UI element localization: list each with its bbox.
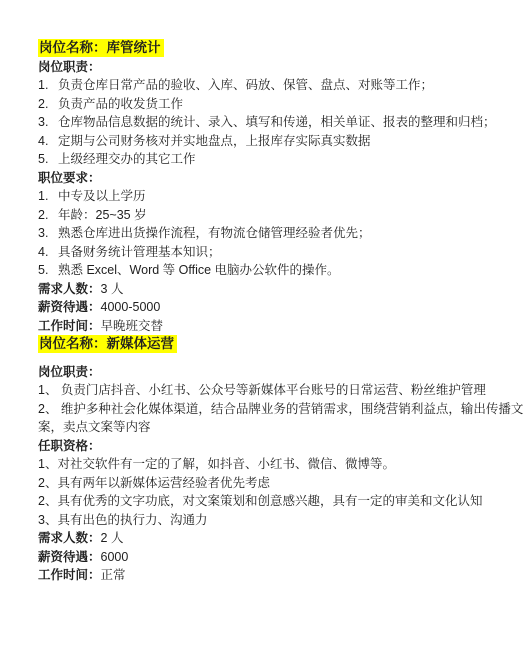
list-text: 熟悉仓库进出货操作流程，有物流仓储管理经验者优先； [58, 224, 497, 243]
job2-qualification-item: 2、具有优秀的文字功底，对文案策划和创意感兴趣，具有一定的审美和文化认知 [38, 492, 497, 511]
job1-hours-line: 工作时间：早晚班交替 [38, 317, 497, 336]
list-text: 年龄：25~35 岁 [58, 206, 497, 225]
list-text: 负责产品的收发货工作 [58, 95, 497, 114]
headcount-label: 需求人数： [38, 282, 101, 296]
list-number: 5. [38, 261, 58, 280]
job1-requirement-item: 3. 熟悉仓库进出货操作流程，有物流仓储管理经验者优先； [38, 224, 497, 243]
job1-duty-item: 4. 定期与公司财务核对并实地盘点，上报库存实际真实数据 [38, 132, 497, 151]
job1-requirement-item: 4. 具备财务统计管理基本知识； [38, 243, 497, 262]
list-number: 3. [38, 113, 58, 132]
list-number: 2. [38, 95, 58, 114]
list-number: 5. [38, 150, 58, 169]
hours-value: 正常 [101, 568, 126, 582]
job2-salary-line: 薪资待遇：6000 [38, 548, 497, 567]
hours-label: 工作时间： [38, 568, 101, 582]
list-number: 3. [38, 224, 58, 243]
job2-duty-line: 1、 负责门店抖音、小红书、公众号等新媒体平台账号的日常运营、粉丝维护管理 [38, 381, 497, 400]
job1-duty-item: 2. 负责产品的收发货工作 [38, 95, 497, 114]
job2-duty-line: 2、 维护多种社会化媒体渠道，结合品牌业务的营销需求，围绕营销利益点，输出传播文 [38, 400, 497, 419]
job2-hours-line: 工作时间：正常 [38, 566, 497, 585]
list-number: 1. [38, 76, 58, 95]
job-posting-1: 岗位名称：库管统计 岗位职责： 1. 负责仓库日常产品的验收、入库、码放、保管、… [38, 39, 497, 335]
job1-duty-item: 1. 负责仓库日常产品的验收、入库、码放、保管、盘点、对账等工作； [38, 76, 497, 95]
list-text: 负责仓库日常产品的验收、入库、码放、保管、盘点、对账等工作； [58, 76, 497, 95]
job2-duty-line: 案，卖点文案等内容 [38, 418, 497, 437]
list-text: 中专及以上学历 [58, 187, 497, 206]
list-text: 定期与公司财务核对并实地盘点，上报库存实际真实数据 [58, 132, 497, 151]
list-number: 4. [38, 132, 58, 151]
list-text: 具备财务统计管理基本知识； [58, 243, 497, 262]
document-page: 岗位名称：库管统计 岗位职责： 1. 负责仓库日常产品的验收、入库、码放、保管、… [0, 0, 527, 651]
job1-requirement-item: 2. 年龄：25~35 岁 [38, 206, 497, 225]
job1-duty-item: 5. 上级经理交办的其它工作 [38, 150, 497, 169]
list-text: 熟悉 Excel、Word 等 Office 电脑办公软件的操作。 [58, 261, 497, 280]
list-text: 仓库物品信息数据的统计、录入、填写和传递，相关单证、报表的整理和归档； [58, 113, 497, 132]
salary-value: 6000 [101, 550, 129, 564]
job2-qualification-item: 1、对社交软件有一定的了解，如抖音、小红书、微信、微博等。 [38, 455, 497, 474]
job2-qualifications-heading: 任职资格： [38, 437, 497, 456]
job1-requirement-item: 5. 熟悉 Excel、Word 等 Office 电脑办公软件的操作。 [38, 261, 497, 280]
job2-title-highlight: 岗位名称：新媒体运营 [38, 335, 177, 353]
job2-title-line: 岗位名称：新媒体运营 [38, 335, 497, 354]
job1-salary-line: 薪资待遇：4000-5000 [38, 298, 497, 317]
salary-label: 薪资待遇： [38, 300, 101, 314]
job2-duties-heading: 岗位职责： [38, 363, 497, 382]
job1-duty-item: 3. 仓库物品信息数据的统计、录入、填写和传递，相关单证、报表的整理和归档； [38, 113, 497, 132]
job1-requirement-item: 1. 中专及以上学历 [38, 187, 497, 206]
salary-value: 4000-5000 [101, 300, 161, 314]
job-posting-2: 岗位名称：新媒体运营 岗位职责： 1、 负责门店抖音、小红书、公众号等新媒体平台… [38, 335, 497, 585]
job2-qualification-item: 2、具有两年以新媒体运营经验者优先考虑 [38, 474, 497, 493]
job2-headcount-line: 需求人数：2 人 [38, 529, 497, 548]
list-number: 1. [38, 187, 58, 206]
job1-duties-heading: 岗位职责： [38, 58, 497, 77]
job1-title-line: 岗位名称：库管统计 [38, 39, 497, 58]
list-text: 上级经理交办的其它工作 [58, 150, 497, 169]
headcount-value: 3 人 [101, 282, 124, 296]
list-number: 2. [38, 206, 58, 225]
hours-value: 早晚班交替 [101, 319, 164, 333]
hours-label: 工作时间： [38, 319, 101, 333]
job1-title-highlight: 岗位名称：库管统计 [38, 39, 164, 57]
headcount-value: 2 人 [101, 531, 124, 545]
list-number: 4. [38, 243, 58, 262]
job1-headcount-line: 需求人数：3 人 [38, 280, 497, 299]
job2-qualification-item: 3、具有出色的执行力、沟通力 [38, 511, 497, 530]
headcount-label: 需求人数： [38, 531, 101, 545]
job1-requirements-heading: 职位要求： [38, 169, 497, 188]
salary-label: 薪资待遇： [38, 550, 101, 564]
